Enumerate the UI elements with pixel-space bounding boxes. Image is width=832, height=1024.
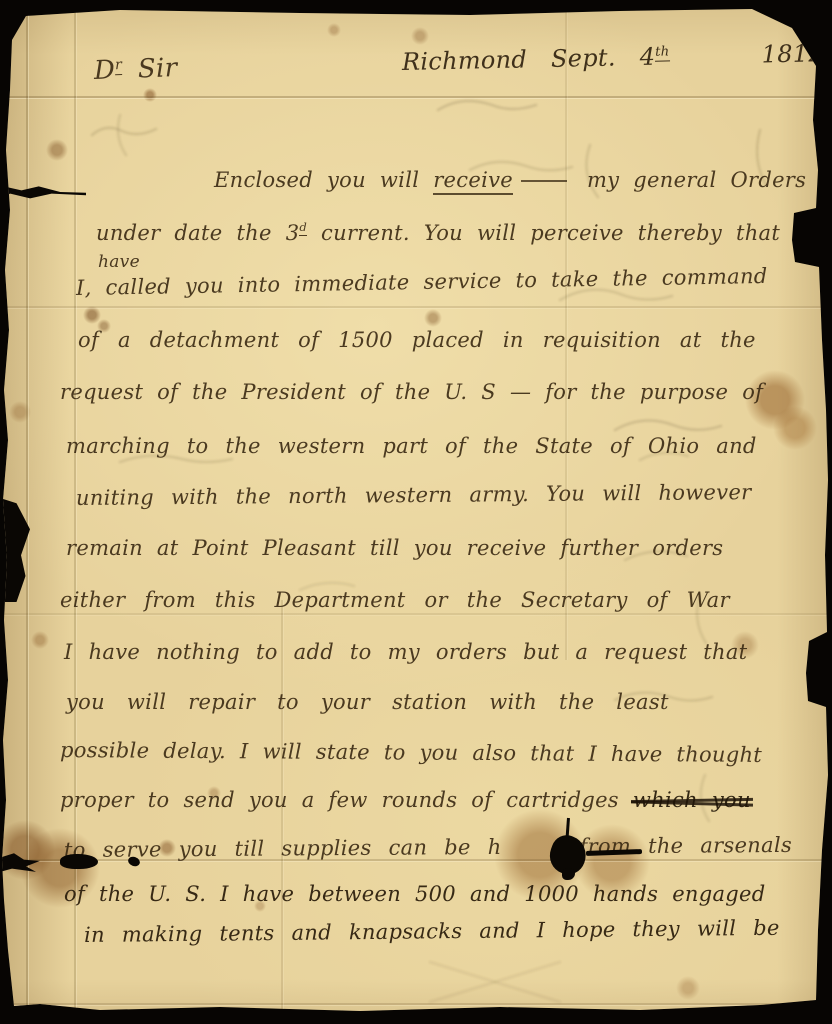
ink-blot-dash	[586, 849, 642, 856]
dateline: Richmond Sept. 4th1812	[402, 39, 824, 76]
letter-line-1: Enclosed you will receive my general Ord…	[214, 168, 806, 192]
line-text: I have nothing to add to my orders but a…	[64, 640, 747, 664]
line-text: remain at Point Pleasant till you receiv…	[66, 536, 723, 560]
dateline-superscript: th	[655, 44, 670, 61]
salutation: Dr Sir	[93, 53, 177, 86]
line-text: either from this Department or the Secre…	[60, 588, 730, 612]
letter-line-14: to serve you till supplies can be hfrom …	[64, 833, 792, 862]
letter-line-16: in making tents and knapsacks and I hope…	[84, 916, 780, 947]
line-text: called you into immediate service to tak…	[91, 264, 767, 300]
letter-line-9: either from this Department or the Secre…	[60, 588, 730, 612]
letter-paper: Richmond Sept. 4th1812 Dr Sir Enclosed y…	[0, 0, 832, 1024]
line-text: uniting with the north western army. You…	[76, 480, 752, 510]
letter-line-8: remain at Point Pleasant till you receiv…	[66, 536, 723, 560]
line-text: marching to the western part of the Stat…	[66, 434, 757, 458]
dateline-place-date: Richmond Sept. 4	[402, 43, 656, 76]
superscript: d	[299, 220, 307, 236]
line-text: of the U. S. I have between 500 and 1000…	[64, 882, 766, 906]
paper-hole	[60, 854, 98, 869]
salutation-initial: D	[93, 55, 115, 86]
letter-content: Richmond Sept. 4th1812 Dr Sir Enclosed y…	[0, 0, 832, 1024]
letter-line-15: of the U. S. I have between 500 and 1000…	[64, 882, 766, 906]
letter-line-11: you will repair to your station with the…	[66, 690, 669, 714]
line-text: request of the President of the U. S — f…	[60, 380, 763, 404]
ink-blot-drip	[562, 868, 575, 880]
interline-insertion: have	[98, 252, 140, 272]
photo-background: Richmond Sept. 4th1812 Dr Sir Enclosed y…	[0, 0, 832, 1024]
line-text: you will repair to your station with the…	[66, 690, 669, 714]
inserted-word: have	[98, 252, 140, 272]
underlined-word: receive	[433, 168, 513, 195]
letter-line-7: uniting with the north western army. You…	[76, 480, 752, 510]
ink-blot	[548, 820, 648, 880]
letter-line-12: possible delay. I will state to you also…	[60, 738, 762, 767]
letter-line-5: request of the President of the U. S — f…	[60, 380, 763, 404]
line-text: Enclosed you will	[214, 168, 433, 192]
line-text: proper to send you a few rounds of cartr…	[60, 788, 633, 812]
dateline-year: 1812	[761, 39, 824, 68]
line-text: my general Orders	[573, 168, 806, 192]
line-text: in making tents and knapsacks and I hope…	[84, 916, 780, 947]
letter-line-6: marching to the western part of the Stat…	[66, 434, 757, 458]
letter-line-3: I, called you into immediate service to …	[76, 264, 768, 300]
line-text: of a detachment of 1500 placed in requis…	[78, 328, 756, 352]
line-text: I,	[76, 276, 92, 300]
line-text: possible delay. I will state to you also…	[60, 738, 762, 767]
struck-words: which you	[633, 788, 751, 812]
line-text: current. You will perceive thereby that	[307, 221, 780, 245]
salutation-rest: Sir	[122, 53, 178, 85]
line-text: under date the 3	[96, 221, 299, 245]
letter-line-13: proper to send you a few rounds of cartr…	[60, 788, 751, 812]
letter-line-4: of a detachment of 1500 placed in requis…	[78, 328, 756, 352]
letter-line-10: I have nothing to add to my orders but a…	[64, 640, 747, 664]
ink-dash	[521, 180, 567, 182]
letter-line-2: under date the 3d current. You will perc…	[96, 220, 780, 245]
